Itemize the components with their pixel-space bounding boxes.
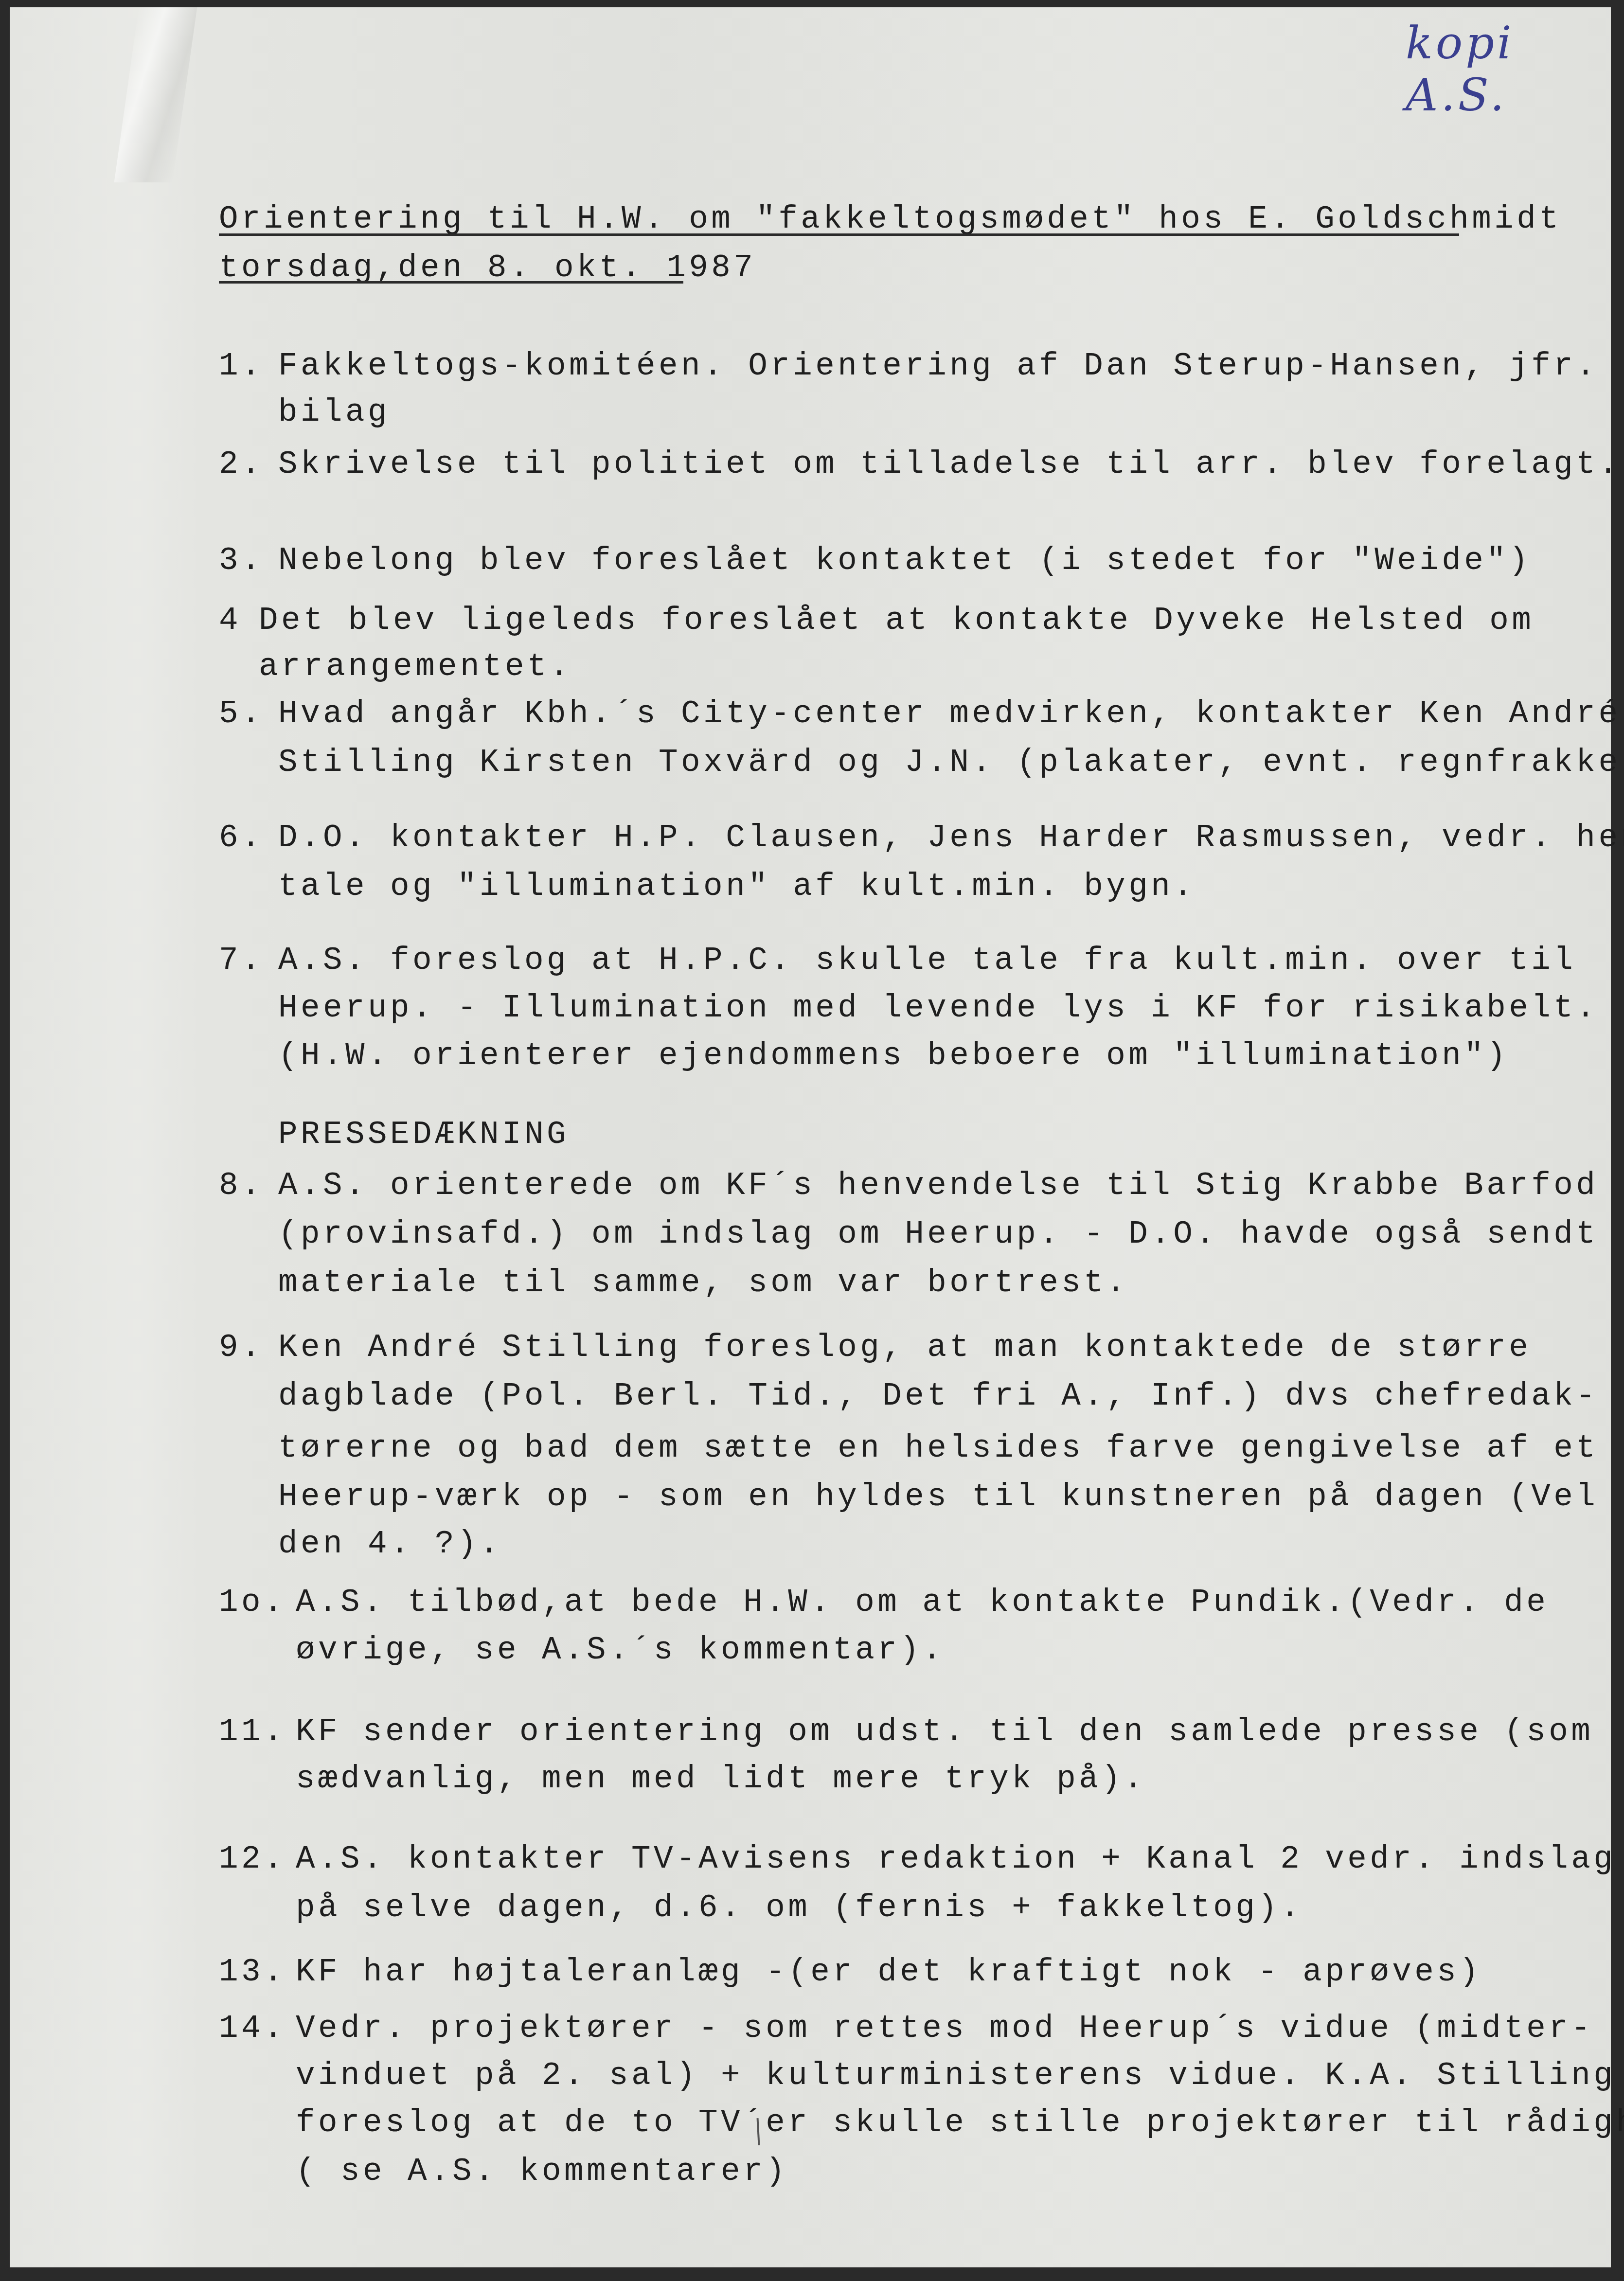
item-text: Fakkeltogs-komitéen. Orientering af Dan … xyxy=(278,350,1598,382)
item-text: den 4. ?). xyxy=(278,1528,502,1560)
item-text: Ken André Stilling foreslog, at man kont… xyxy=(278,1332,1531,1364)
item-text: dagblade (Pol. Berl. Tid., Det fri A., I… xyxy=(278,1380,1598,1412)
handwritten-annotation: kopi A.S. xyxy=(1406,17,1624,121)
item-number: 1. xyxy=(219,350,264,382)
title-line-1: Orientering til H.W. om "fakkeltogsmødet… xyxy=(219,203,1561,235)
item-text: øvrige, se A.S.´s kommentar). xyxy=(296,1634,945,1666)
item-text: vinduet på 2. sal) + kulturministerens v… xyxy=(296,2060,1616,2092)
item-number: 3. xyxy=(219,545,264,577)
item-text: D.O. kontakter H.P. Clausen, Jens Harder… xyxy=(278,822,1624,854)
title-underline-1 xyxy=(219,233,1459,236)
item-text: Heerup-værk op - som en hyldes til kunst… xyxy=(278,1481,1598,1513)
item-number: 5. xyxy=(219,698,264,730)
item-number: 1o. xyxy=(219,1586,286,1619)
item-number: 2. xyxy=(219,448,264,481)
item-text: Hvad angår Kbh.´s City-center medvirken,… xyxy=(278,698,1621,730)
title-underline-2 xyxy=(219,281,683,284)
item-text: Skrivelse til politiet om tilladelse til… xyxy=(278,448,1621,481)
item-text: sædvanlig, men med lidt mere tryk på). xyxy=(296,1763,1146,1795)
item-text: KF sender orientering om udst. til den s… xyxy=(296,1716,1593,1748)
item-text: A.S. tilbød,at bede H.W. om at kontakte … xyxy=(296,1586,1549,1619)
item-text: (H.W. orienterer ejendommens beboere om … xyxy=(278,1040,1509,1072)
item-text: tale og "illumination" af kult.min. bygn… xyxy=(278,871,1196,903)
section-heading-pressedaekning: PRESSEDÆKNING xyxy=(278,1119,569,1151)
item-text: materiale til samme, som var bortrest. xyxy=(278,1267,1128,1299)
document-page xyxy=(10,7,1611,2267)
item-text: A.S. foreslog at H.P.C. skulle tale fra … xyxy=(278,944,1576,977)
item-number: 6. xyxy=(219,822,264,854)
title-line-2: torsdag,den 8. okt. 1987 xyxy=(219,252,756,284)
item-number: 8. xyxy=(219,1170,264,1202)
item-text: Det blev ligeleds foreslået at kontakte … xyxy=(259,605,1534,637)
item-text: Nebelong blev foreslået kontaktet (i ste… xyxy=(278,545,1531,577)
paper-crease xyxy=(114,7,197,182)
item-text: arrangementet. xyxy=(259,651,572,683)
item-text: tørerne og bad dem sætte en helsides far… xyxy=(278,1432,1598,1464)
item-text: på selve dagen, d.6. om (fernis + fakkel… xyxy=(296,1892,1303,1924)
item-number: 12. xyxy=(219,1843,286,1875)
item-number: 9. xyxy=(219,1332,264,1364)
item-text: foreslog at de to TV´er skulle stille pr… xyxy=(296,2107,1624,2139)
item-text: Heerup. - Illumination med levende lys i… xyxy=(278,992,1598,1024)
item-number: 14. xyxy=(219,2013,286,2045)
item-number: 4 xyxy=(219,605,241,637)
item-number: 11. xyxy=(219,1716,286,1748)
item-text: (provinsafd.) om indslag om Heerup. - D.… xyxy=(278,1218,1598,1250)
item-number: 7. xyxy=(219,944,264,977)
item-text: ( se A.S. kommentarer) xyxy=(296,2156,788,2188)
item-text: Stilling Kirsten Toxvärd og J.N. (plakat… xyxy=(278,747,1624,779)
item-text: Vedr. projektører - som rettes mod Heeru… xyxy=(296,2013,1593,2045)
item-number: 13. xyxy=(219,1956,286,1988)
item-text: bilag xyxy=(278,396,390,428)
item-text: KF har højtaleranlæg -(er det kraftigt n… xyxy=(296,1956,1481,1988)
item-text: A.S. kontakter TV-Avisens redaktion + Ka… xyxy=(296,1843,1616,1875)
item-text: A.S. orienterede om KF´s henvendelse til… xyxy=(278,1170,1598,1202)
